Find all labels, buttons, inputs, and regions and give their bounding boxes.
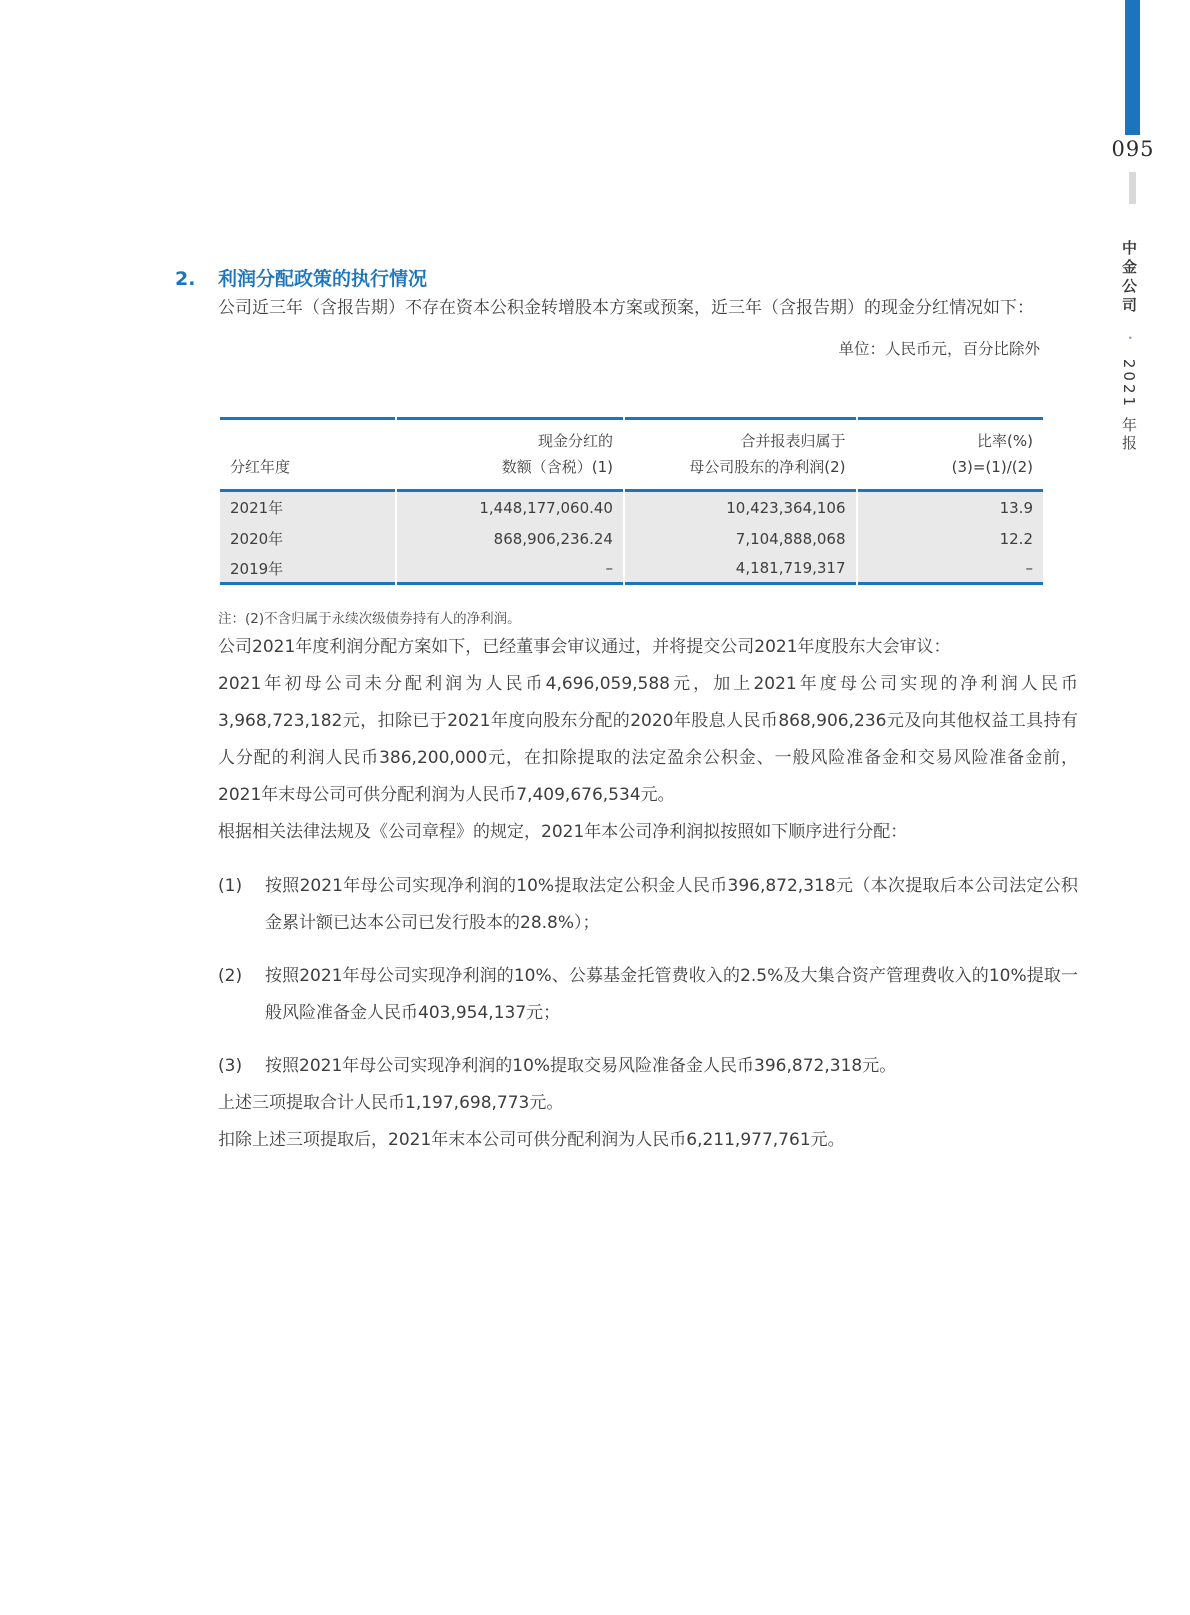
final-paragraph: 扣除上述三项提取后，2021年末本公司可供分配利润为人民币6,211,977,7… [218,1122,1078,1159]
cell-cash: 1,448,177,060.40 [397,492,623,523]
table-header-row: 分红年度 现金分红的 数额（含税）(1) 合并报表归属于 母公司股东的净利润(2… [220,417,1043,492]
cell-year: 2021年 [220,492,395,523]
list-item-text: 按照2021年母公司实现净利润的10%提取法定公积金人民币396,872,318… [265,868,1078,942]
list-item-2: (2) 按照2021年母公司实现净利润的10%、公募基金托管费收入的2.5%及大… [218,958,1078,1032]
table-row-2019: 2019年 – 4,181,719,317 – [220,554,1043,585]
law-paragraph: 根据相关法律法规及《公司章程》的规定，2021年本公司净利润拟按照如下顺序进行分… [218,814,1078,851]
section-number: 2. [175,268,218,290]
list-marker: (1) [218,868,265,942]
table-row-2021: 2021年 1,448,177,060.40 10,423,364,106 13… [220,492,1043,523]
sidebar-caption: 中金公司 • 2021 年报 [1121,240,1136,453]
cell-profit: 10,423,364,106 [625,492,856,523]
table-row-2020: 2020年 868,906,236.24 7,104,888,068 12.2 [220,523,1043,554]
intro-paragraph: 公司近三年（含报告期）不存在资本公积金转增股本方案或预案，近三年（含报告期）的现… [218,290,1078,327]
header-line2: 母公司股东的净利润(2) [635,454,846,480]
header-line2: 分红年度 [230,454,385,480]
cell-profit: 4,181,719,317 [625,554,856,585]
cell-cash: 868,906,236.24 [397,523,623,554]
cell-ratio: – [858,554,1043,585]
report-page: 095 中金公司 • 2021 年报 2. 利润分配政策的执行情况 公司近三年（… [0,0,1190,1615]
list-item-3: (3) 按照2021年母公司实现净利润的10%提取交易风险准备金人民币396,8… [218,1048,1078,1085]
page-accent-bar [1125,0,1140,135]
cell-ratio: 12.2 [858,523,1043,554]
page-number: 095 [1102,137,1164,161]
dividend-table: 分红年度 现金分红的 数额（含税）(1) 合并报表归属于 母公司股东的净利润(2… [218,417,1045,585]
company-name: 中金公司 [1120,240,1138,316]
header-line2: 数额（含税）(1) [407,454,613,480]
distribution-list: (1) 按照2021年母公司实现净利润的10%提取法定公积金人民币396,872… [218,868,1078,1085]
dividend-table-body: 2021年 1,448,177,060.40 10,423,364,106 13… [220,492,1043,585]
cell-profit: 7,104,888,068 [625,523,856,554]
table-header-cell-cash: 现金分红的 数额（含税）(1) [397,417,623,492]
section-title: 利润分配政策的执行情况 [218,268,427,290]
table-header-cell-ratio: 比率(%) (3)=(1)/(2) [858,417,1043,492]
unit-note: 单位：人民币元，百分比除外 [218,337,1078,361]
sum-paragraph: 上述三项提取合计人民币1,197,698,773元。 [218,1085,1078,1122]
table-header-cell-year: 分红年度 [220,417,395,492]
retained-profit-paragraph: 2021年初母公司未分配利润为人民币4,696,059,588元，加上2021年… [218,666,1078,814]
list-item-text: 按照2021年母公司实现净利润的10%、公募基金托管费收入的2.5%及大集合资产… [265,958,1078,1032]
cell-cash: – [397,554,623,585]
header-line1: 比率(%) [868,428,1033,454]
table-header-cell-profit: 合并报表归属于 母公司股东的净利润(2) [625,417,856,492]
table-footnote: 注：(2)不含归属于永续次级债券持有人的净利润。 [218,609,1078,629]
content-column: 2. 利润分配政策的执行情况 公司近三年（含报告期）不存在资本公积金转增股本方案… [218,0,1078,1159]
list-item-text: 按照2021年母公司实现净利润的10%提取交易风险准备金人民币396,872,3… [265,1048,1078,1085]
cell-year: 2019年 [220,554,395,585]
page-number-tick [1129,172,1136,204]
cell-year: 2020年 [220,523,395,554]
header-line1: 现金分红的 [407,428,613,454]
report-year: 2021 年报 [1120,359,1138,453]
header-line2: (3)=(1)/(2) [868,454,1033,480]
dividend-table-header: 分红年度 现金分红的 数额（含税）(1) 合并报表归属于 母公司股东的净利润(2… [220,417,1043,492]
section-heading: 2. 利润分配政策的执行情况 [175,268,1078,290]
caption-bullet-icon: • [1124,335,1134,340]
list-marker: (2) [218,958,265,1032]
list-marker: (3) [218,1048,265,1085]
list-item-1: (1) 按照2021年母公司实现净利润的10%提取法定公积金人民币396,872… [218,868,1078,942]
header-line1: 合并报表归属于 [635,428,846,454]
cell-ratio: 13.9 [858,492,1043,523]
plan-paragraph: 公司2021年度利润分配方案如下，已经董事会审议通过，并将提交公司2021年度股… [218,629,1078,666]
